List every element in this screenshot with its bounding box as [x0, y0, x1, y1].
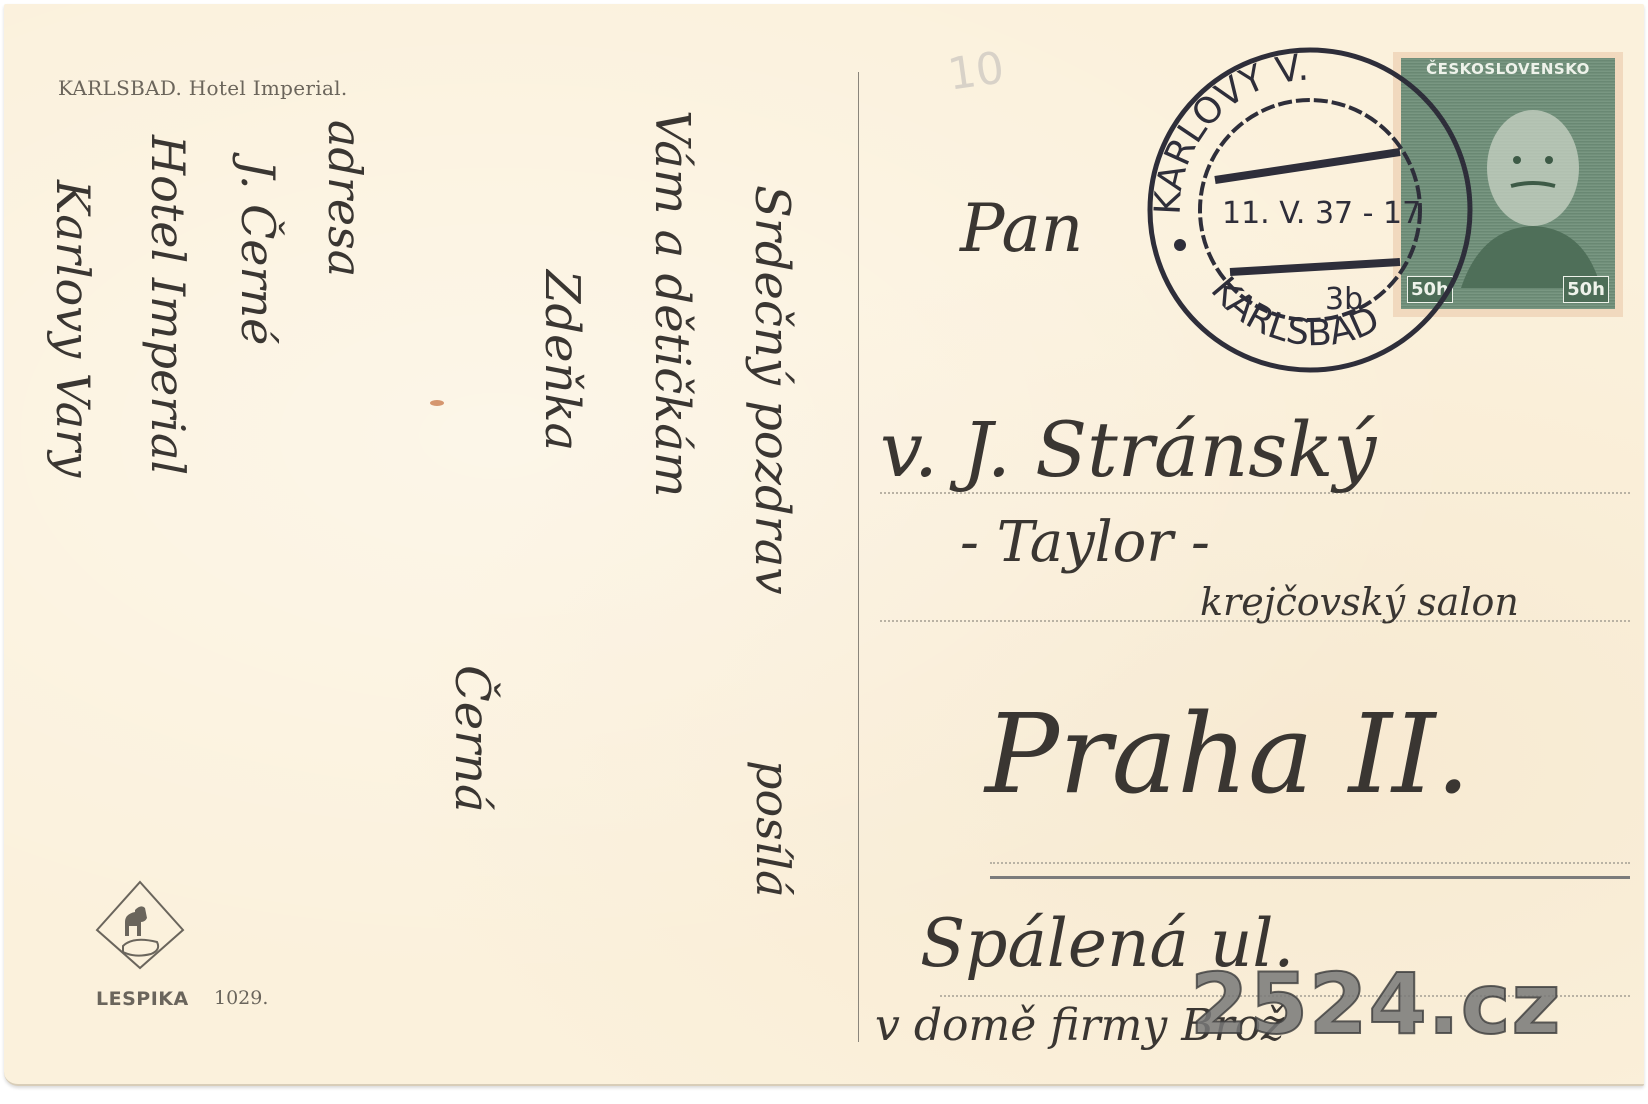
address-line-3 [990, 862, 1630, 864]
portrait-icon [1461, 98, 1601, 288]
address-line3: krejčovský salon [1200, 580, 1519, 624]
pencil-note: 10 [945, 42, 1008, 100]
publisher-name: LESPIKA [96, 988, 189, 1010]
publisher-number: 1029. [214, 987, 268, 1009]
stain-mark [430, 400, 444, 406]
postcard-caption: KARLSBAD. Hotel Imperial. [58, 76, 348, 100]
message-line: adresa [318, 120, 372, 277]
postmark-date: 11. V. 37 - 17 [1222, 196, 1421, 231]
address-salutation: Pan [960, 190, 1083, 267]
message-line: Černá [444, 665, 500, 813]
message-line: Zdeňka [534, 270, 590, 451]
watermark: 2524.cz [1190, 955, 1561, 1053]
address-city: Praha II. [985, 690, 1470, 818]
message-line: Hotel Imperial [141, 135, 195, 475]
publisher-logo-icon [95, 880, 185, 970]
stamp-value-right: 50h [1563, 276, 1609, 303]
address-underline [990, 876, 1630, 879]
address-line2: - Taylor - [960, 510, 1210, 575]
message-line: Vám a dětičkám [644, 110, 700, 497]
message-line: J. Černé [231, 160, 285, 345]
message-line: Srdečný pozdrav [744, 185, 800, 594]
postmark-code: 3b [1325, 282, 1363, 317]
message-line: Karlovy Vary [46, 180, 100, 477]
address-name: v. J. Stránský [880, 405, 1376, 494]
divider-line [858, 72, 859, 1042]
message-line: posílá [746, 760, 800, 898]
